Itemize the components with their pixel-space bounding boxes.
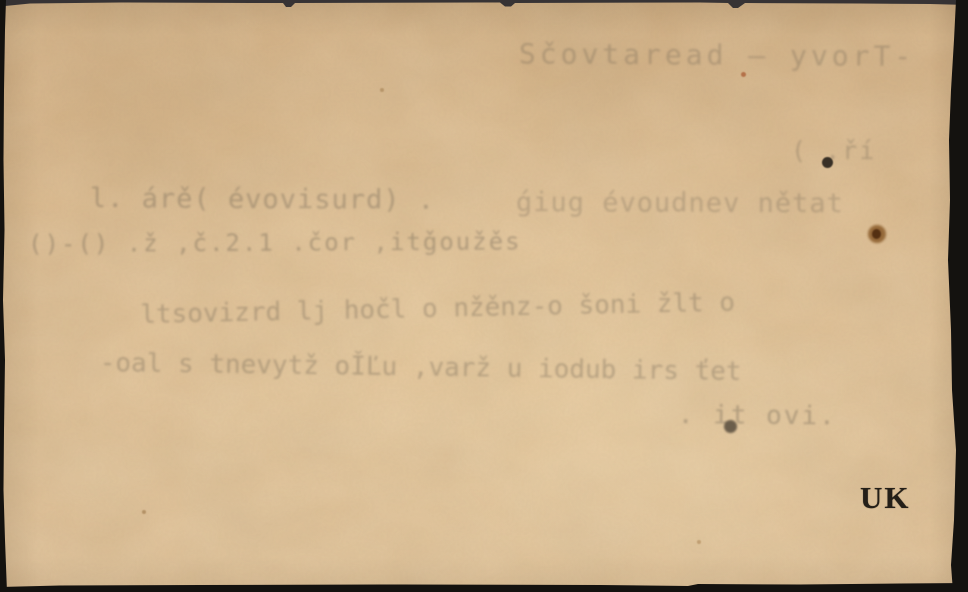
ink-speck [697, 540, 701, 544]
ink-speck [872, 229, 881, 239]
ink-speck [380, 88, 384, 92]
torn-edge-bottom [0, 578, 968, 592]
bleedthrough-line: -oal s tnevytž oǏĽu ,varž u iodub irs ťe… [100, 348, 742, 387]
scanned-card: Sčovtaread — yvorT-( .říl. árě( évovisur… [0, 0, 968, 592]
ink-speck [868, 225, 886, 243]
torn-edge-right [944, 0, 968, 592]
paper-texture [0, 0, 968, 592]
ink-speck [822, 157, 833, 168]
ink-speck [724, 420, 737, 433]
scan-shading [0, 0, 968, 592]
bleedthrough-line: ltsovizrd lj hočl o nžěnz-o šoni žlt o [140, 288, 735, 330]
bleedthrough-line: ()-() .ž ,č.2.1 .čor ,itǧoužěs [28, 227, 522, 258]
bleedthrough-line: Sčovtaread — yvorT- [519, 37, 916, 73]
ink-speck [741, 72, 746, 77]
bleedthrough-line: ǵiug évoudnev nětat [516, 187, 844, 219]
ink-speck [142, 510, 146, 514]
torn-edge-left [0, 0, 9, 592]
torn-edge-top [0, 0, 968, 9]
library-stamp: UK [860, 480, 911, 516]
bleedthrough-line: ( .ří [791, 136, 876, 165]
bleedthrough-line: . it ovi. [678, 400, 837, 431]
bleedthrough-line: l. árě( évovisurd) . [90, 183, 435, 216]
